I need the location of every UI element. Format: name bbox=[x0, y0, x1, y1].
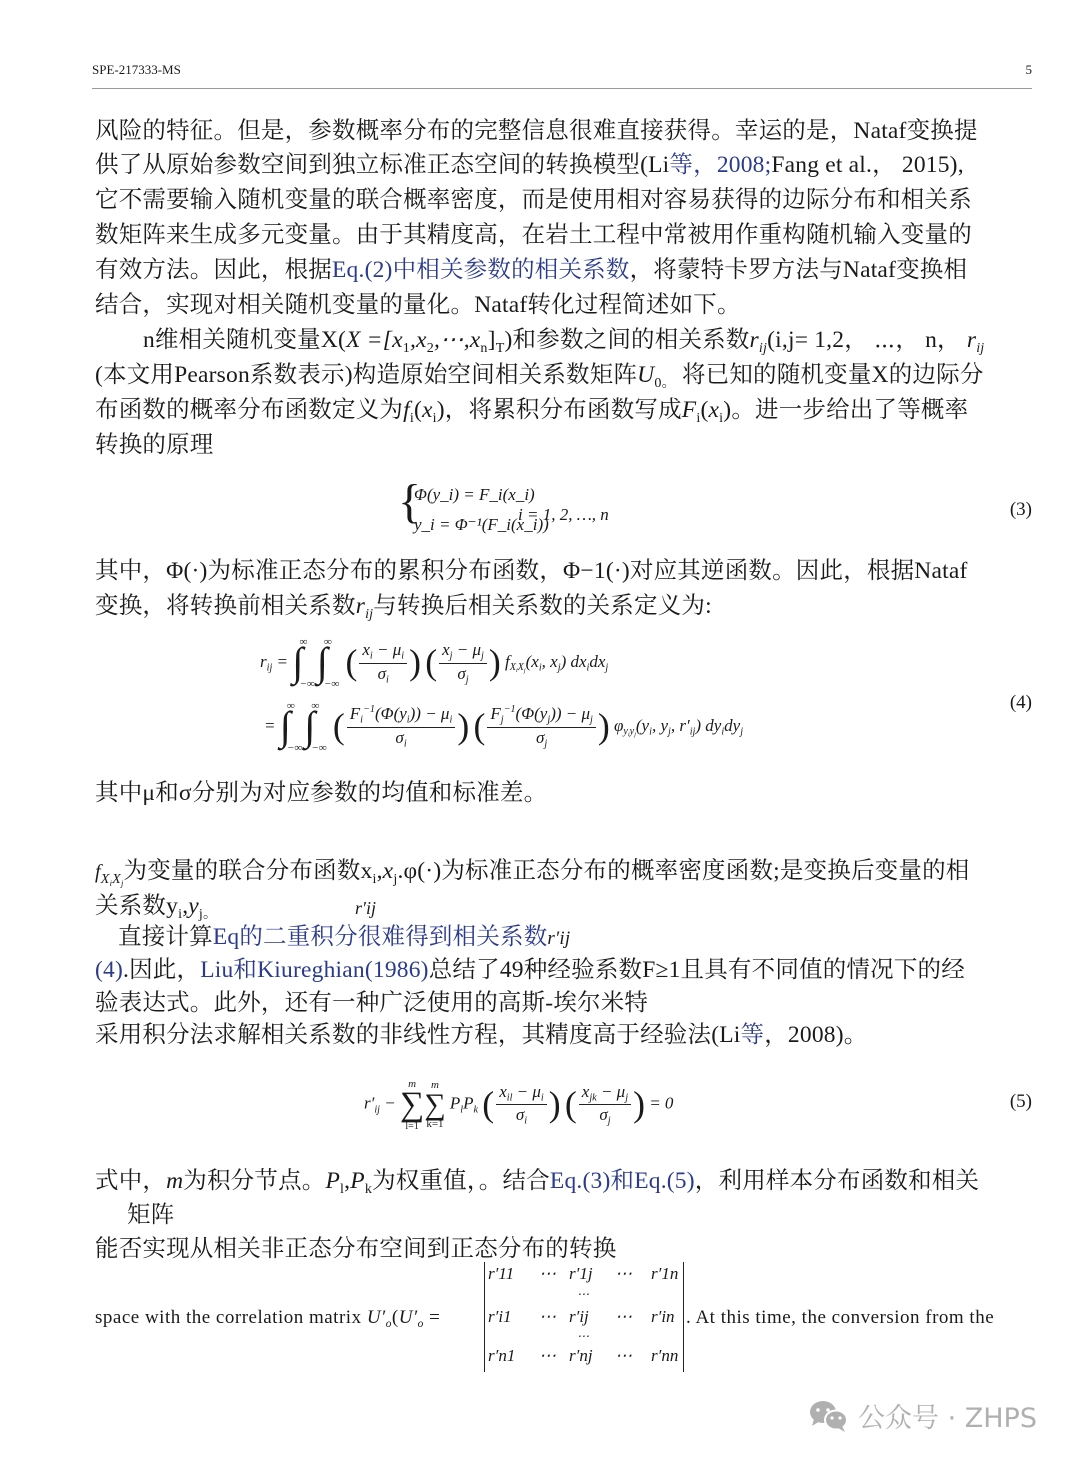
equation-3-line-1: Φ(y_i) = F_i(x_i) bbox=[414, 485, 535, 505]
watermark: 公众号 · ZHPS bbox=[808, 1396, 1037, 1435]
wechat-icon bbox=[808, 1399, 850, 1433]
paragraph-5-line-3: 直接计算Eq的二重积分很难得到相关系数r′ij bbox=[118, 922, 570, 954]
correlation-matrix: r′11 ⋯ r′1j ⋯ r′1n ⋯ r′i1 ⋯ r′ij ⋯ r′in … bbox=[484, 1262, 684, 1372]
paragraph-2-line-1: n维相关随机变量X(X =[x1,x2,⋯,xn]T)和参数之间的相关系数rij… bbox=[143, 325, 984, 363]
paragraph-1-line-5: 有效方法。因此，根据Eq.(2)中相关参数的相关系数，将蒙特卡罗方法与Nataf… bbox=[95, 255, 967, 285]
paragraph-2-line-2: (本文用Pearson系数表示)构造原始空间相关系数矩阵U0。 将已知的随机变量… bbox=[95, 360, 984, 398]
citation-link-li[interactable]: 等 bbox=[741, 1022, 765, 1048]
page-number: 5 bbox=[1026, 62, 1033, 78]
equation-5: r′ij − m∑l=1m∑k=1 PlPk (xil − μiσi) (xjk… bbox=[364, 1078, 673, 1132]
citation-link-li-2008[interactable]: 等， bbox=[669, 152, 716, 178]
citation-link-liu-kiureghian[interactable]: Liu和Kiureghian(1986) bbox=[200, 957, 429, 983]
equation-link-eq[interactable]: Eq的二重积分很难得到相关系数 bbox=[213, 924, 548, 950]
equation-4-row-2: = ∫∞−∞∫∞−∞ (Fi−1(Φ(yi)) − μiσi) (Fj−1(Φ(… bbox=[264, 700, 743, 754]
paragraph-5-line-4: (4).因此，Liu和Kiureghian(1986)总结了49种经验系数F≥1… bbox=[95, 955, 965, 985]
paragraph-5-line-5: 验表达式。此外，还有一种广泛使用的高斯-埃尔米特 bbox=[95, 988, 648, 1018]
paragraph-1-line-4: 数矩阵来生成多元变量。由于其精度高，在岩土工程中常被用作重构随机输入变量的 bbox=[95, 220, 972, 250]
equation-3-range: i = 1, 2, …, n bbox=[518, 505, 609, 525]
matrix-line-prefix: space with the correlation matrix U′o(U′… bbox=[95, 1307, 440, 1330]
paragraph-1-line-3: 它不需要输入随机变量的联合概率密度，而是使用相对容易获得的边际分布和相关系 bbox=[95, 185, 972, 215]
paragraph-1-line-1: 风险的特征。但是，参数概率分布的完整信息很难直接获得。幸运的是，Nataf变换提 bbox=[95, 116, 978, 146]
equation-5-number: (5) bbox=[1010, 1091, 1032, 1113]
paragraph-3-line-2: 变换，将转换前相关系数rij与转换后相关系数的关系定义为: bbox=[95, 591, 712, 629]
floating-r-ij: r′ij bbox=[355, 898, 376, 919]
document-id: SPE-217333-MS bbox=[92, 62, 181, 78]
paragraph-3-line-1: 其中，Φ(·)为标准正态分布的累积分布函数，Φ−1(·)对应其逆函数。因此，根据… bbox=[95, 556, 968, 586]
equation-4-number: (4) bbox=[1010, 692, 1032, 714]
equation-link-eq3-eq5[interactable]: Eq.(3)和Eq.(5) bbox=[550, 1168, 695, 1194]
equation-4-row-1: rij = ∫∞−∞∫∞−∞ (xi − μiσi) (xj − μjσj) f… bbox=[260, 636, 608, 690]
paragraph-1-line-6: 结合，实现对相关随机变量的量化。Nataf转化过程简述如下。 bbox=[95, 290, 741, 320]
paragraph-5-line-6: 采用积分法求解相关系数的非线性方程，其精度高于经验法(Li等，2008)。 bbox=[95, 1020, 867, 1050]
paragraph-6-line-1: 式中，m为积分节点。Pl,Pk为权重值，。结合Eq.(3)和Eq.(5)，利用样… bbox=[95, 1166, 979, 1204]
matrix-line-suffix: . At this time, the conversion from the bbox=[686, 1307, 994, 1329]
header-divider bbox=[92, 88, 1032, 89]
paragraph-2-line-4: 转换的原理 bbox=[95, 430, 214, 460]
paragraph-1-line-2: 供了从原始参数空间到独立标准正态空间的转换模型(Li等，2008;Fang et… bbox=[95, 150, 964, 180]
paragraph-6-line-3: 能否实现从相关非正态分布空间到正态分布的转换 bbox=[95, 1234, 616, 1264]
paragraph-2-line-3: 布函数的概率分布函数定义为fi(xi)，将累积分布函数写成Fi(xi)。进一步给… bbox=[95, 395, 968, 433]
equation-3-number: (3) bbox=[1010, 499, 1032, 521]
paragraph-5-line-1: fXiXj为变量的联合分布函数xi,xj.φ(·)为标准正态分布的概率密度函数;… bbox=[95, 856, 969, 898]
paragraph-6-line-2: 矩阵 bbox=[127, 1200, 174, 1230]
paragraph-4-line-1: 其中μ和σ分别为对应参数的均值和标准差。 bbox=[95, 778, 547, 808]
citation-link-2008[interactable]: 2008; bbox=[717, 152, 772, 178]
equation-link-eq4[interactable]: (4) bbox=[95, 957, 123, 983]
equation-link-eq2[interactable]: Eq.(2)中相关参数的相关系数 bbox=[332, 257, 630, 283]
watermark-text: 公众号 · ZHPS bbox=[858, 1396, 1037, 1435]
